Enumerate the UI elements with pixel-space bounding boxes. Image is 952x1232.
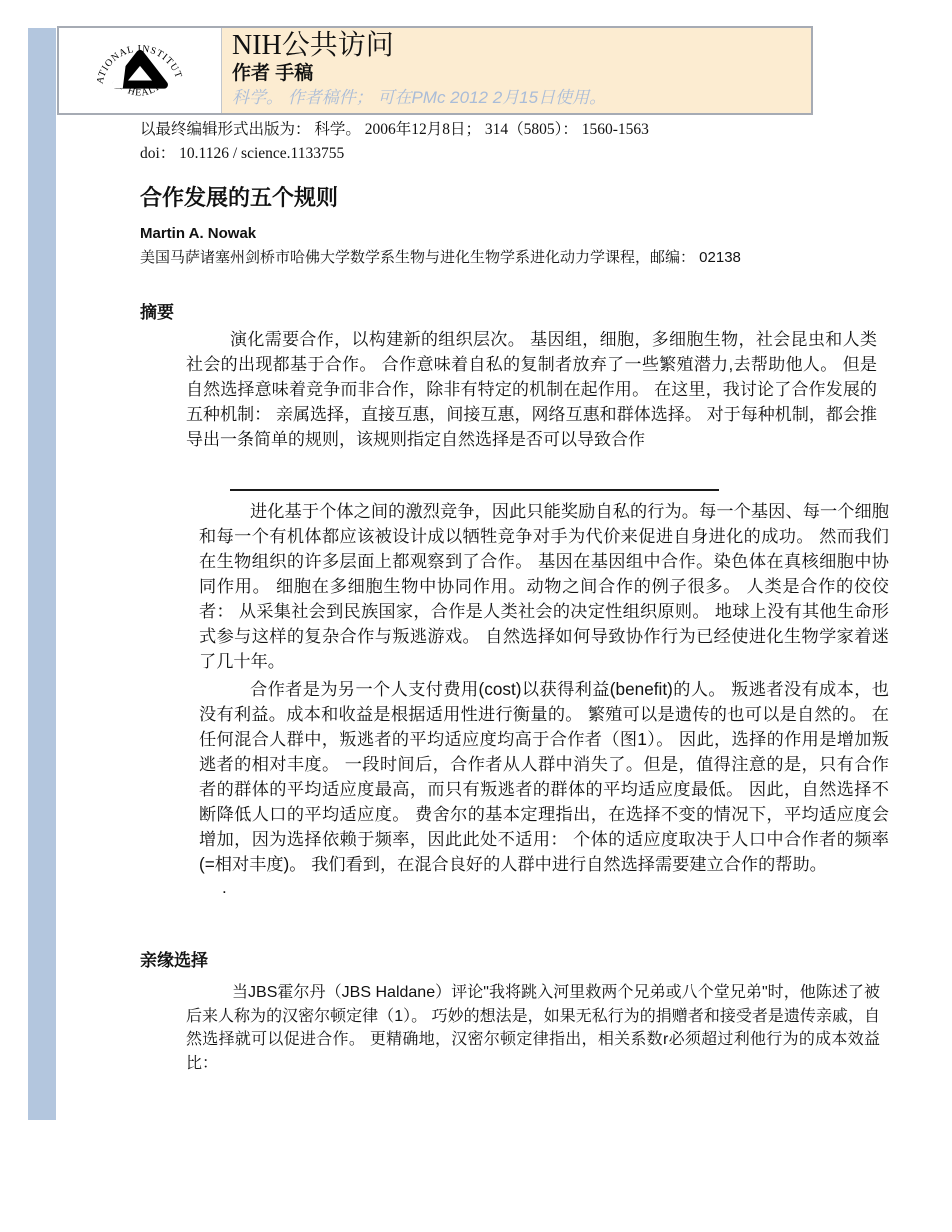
header-availability-note: 科学。 作者稿件； 可在PMc 2012 2月15日使用。	[232, 86, 801, 110]
doi-line: doi： 10.1126 / science.1133755	[140, 142, 840, 166]
stray-period: .	[222, 878, 227, 898]
left-margin-bar	[28, 28, 56, 1120]
nih-logo: NATIONAL INSTITUTES OF HEALTH	[59, 28, 222, 113]
header-title: NIH公共访问	[232, 29, 801, 62]
published-as-line: 以最终编辑形式出版为： 科学。 2006年12月8日； 314（5805）： 1…	[140, 118, 840, 142]
body-paragraph-1: 进化基于个体之间的激烈竞争，因此只能奖励自私的行为。每一个基因、每一个细胞和每一…	[199, 499, 889, 674]
nih-public-access-header: NATIONAL INSTITUTES OF HEALTH NIH公共访问 作者…	[57, 26, 813, 115]
abstract-heading: 摘要	[140, 298, 174, 323]
author-affiliation: 美国马萨诸塞州剑桥市哈佛大学数学系生物与进化生物学系进化动力学课程，邮编： 02…	[140, 246, 880, 267]
kin-selection-paragraph: 当JBS霍尔丹（JBS Haldane）评论"我将跳入河里救两个兄弟或八个堂兄弟…	[186, 981, 880, 1076]
header-subtitle: 作者 手稿	[232, 62, 801, 86]
kin-selection-heading: 亲缘选择	[140, 946, 208, 971]
document-page: NATIONAL INSTITUTES OF HEALTH NIH公共访问 作者…	[0, 0, 952, 1232]
author-name: Martin A. Nowak	[140, 225, 256, 242]
header-text-block: NIH公共访问 作者 手稿 科学。 作者稿件； 可在PMc 2012 2月15日…	[222, 28, 811, 113]
citation-block: 以最终编辑形式出版为： 科学。 2006年12月8日； 314（5805）： 1…	[140, 118, 840, 166]
article-title: 合作发展的五个规则	[140, 181, 338, 212]
nih-seal-icon: NATIONAL INSTITUTES OF HEALTH	[97, 28, 183, 114]
abstract-paragraph: 演化需要合作，以构建新的组织层次。 基因组，细胞，多细胞生物，社会昆虫和人类社会…	[186, 327, 877, 452]
body-paragraph-2: 合作者是为另一个人支付费用(cost)以获得利益(benefit)的人。 叛逃者…	[199, 677, 889, 877]
section-divider-rule	[230, 489, 719, 491]
